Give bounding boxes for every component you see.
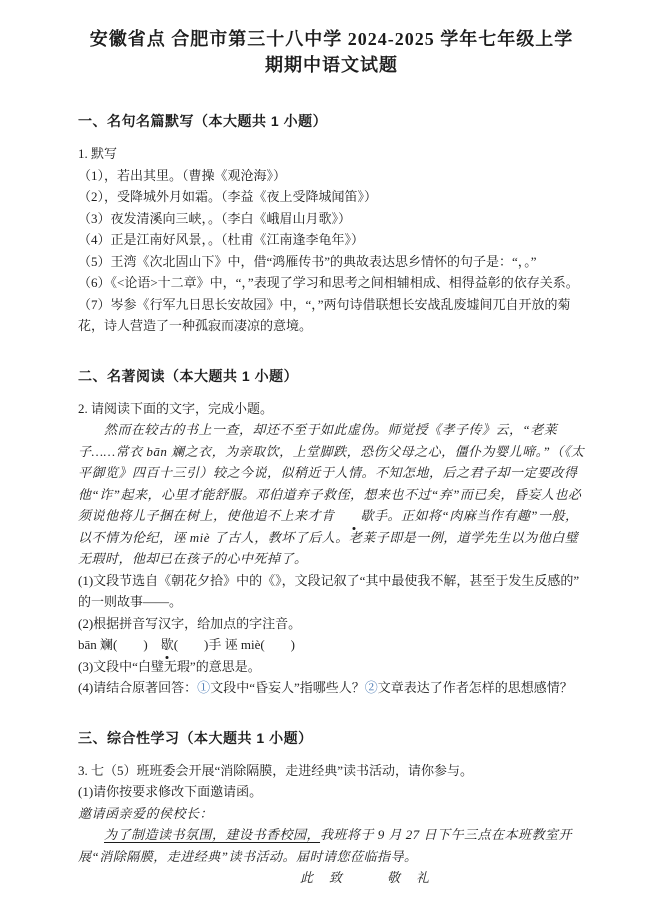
pinyin-dotted-char: 歇 bbox=[161, 634, 174, 656]
page-title-line1: 安徽省点 合肥市第三十八中学 2024-2025 学年七年级上学 bbox=[78, 26, 585, 52]
page-title-line2: 期期中语文试题 bbox=[78, 52, 585, 78]
reading-passage: 然而在较古的书上一查，却还不至于如此虚伪。师觉授《孝子传》云，“老莱子……常衣 … bbox=[78, 419, 585, 570]
dictation-item-6: （6）《<论语>十二章》中，“，”表现了学习和思考之间相辅相成、相得益彰的依存关… bbox=[78, 272, 585, 294]
page-title: 安徽省点 合肥市第三十八中学 2024-2025 学年七年级上学 期期中语文试题 bbox=[78, 26, 585, 78]
exam-document: 安徽省点 合肥市第三十八中学 2024-2025 学年七年级上学 期期中语文试题… bbox=[0, 0, 657, 920]
question3-label: 3. 七（5）班班委会开展“消除隔膜，走进经典”读书活动，请你参与。 bbox=[78, 760, 585, 782]
section2-heading: 二、名著阅读（本大题共 1 小题） bbox=[78, 367, 585, 385]
question2-pinyin-line: bān 斓( ) 歇( )手 诬 miè( ) bbox=[78, 634, 585, 656]
question2-sub3: (3)文段中“白璧无瑕”的意思是。 bbox=[78, 656, 585, 678]
dictation-item-7: （7）岑参《行军九日思长安故园》中，“，”两句诗借联想长安战乱废墟间兀自开放的菊… bbox=[78, 294, 585, 337]
question2-sub2: (2)根据拼音写汉字，给加点的字注音。 bbox=[78, 613, 585, 635]
question2-sub1: (1)文段节选自《朝花夕拾》中的《》，文段记叙了“其中最使我不解，甚至于发生反感… bbox=[78, 570, 585, 613]
pinyin-part1: bān 斓( ) bbox=[78, 637, 161, 652]
question1-label: 1. 默写 bbox=[78, 143, 585, 165]
section3-heading: 三、综合性学习（本大题共 1 小题） bbox=[78, 729, 585, 747]
circled-number-1: ① bbox=[197, 680, 210, 695]
invitation-body: 为了制造读书氛围，建设书香校园，我班将于 9 月 27 日下午三点在本班教室开展… bbox=[78, 824, 585, 867]
sub4-lead: (4)请结合原著回答： bbox=[78, 680, 197, 695]
passage-dotted-char: 歇 bbox=[335, 505, 375, 527]
sub4-question1: 文段中“昏妄人”指哪些人？ bbox=[210, 680, 365, 695]
invitation-underlined-text: 为了制造读书氛围，建设书香校园， bbox=[104, 827, 320, 842]
invitation-closing-cutoff: 此致 敬礼 bbox=[300, 867, 585, 889]
question3-sub1: (1)请你按要求修改下面邀请函。 bbox=[78, 781, 585, 803]
dictation-item-4: （4）正是江南好风景，。（杜甫《江南逢李龟年》） bbox=[78, 229, 585, 251]
invitation-salutation: 邀请函亲爱的侯校长： bbox=[78, 803, 585, 825]
dictation-item-1: （1），若出其里。（曹操《观沧海》） bbox=[78, 165, 585, 187]
dictation-item-3: （3）夜发清溪向三峡，。（李白《峨眉山月歌》） bbox=[78, 208, 585, 230]
question2-label: 2. 请阅读下面的文字，完成小题。 bbox=[78, 398, 585, 420]
sub4-question2: 文章表达了作者怎样的思想感情？ bbox=[378, 680, 573, 695]
dictation-item-2: （2），受降城外月如霜。（李益《夜上受降城闻笛》） bbox=[78, 186, 585, 208]
question2-sub4: (4)请结合原著回答：①文段中“昏妄人”指哪些人？②文章表达了作者怎样的思想感情… bbox=[78, 677, 585, 699]
circled-number-2: ② bbox=[365, 680, 378, 695]
section1-heading: 一、名句名篇默写（本大题共 1 小题） bbox=[78, 112, 585, 130]
dictation-item-5: （5）王湾《次北固山下》中，借“鸿雁传书”的典故表达思乡情怀的句子是：“，。” bbox=[78, 251, 585, 273]
pinyin-part2: ( )手 诬 miè( ) bbox=[174, 637, 295, 652]
